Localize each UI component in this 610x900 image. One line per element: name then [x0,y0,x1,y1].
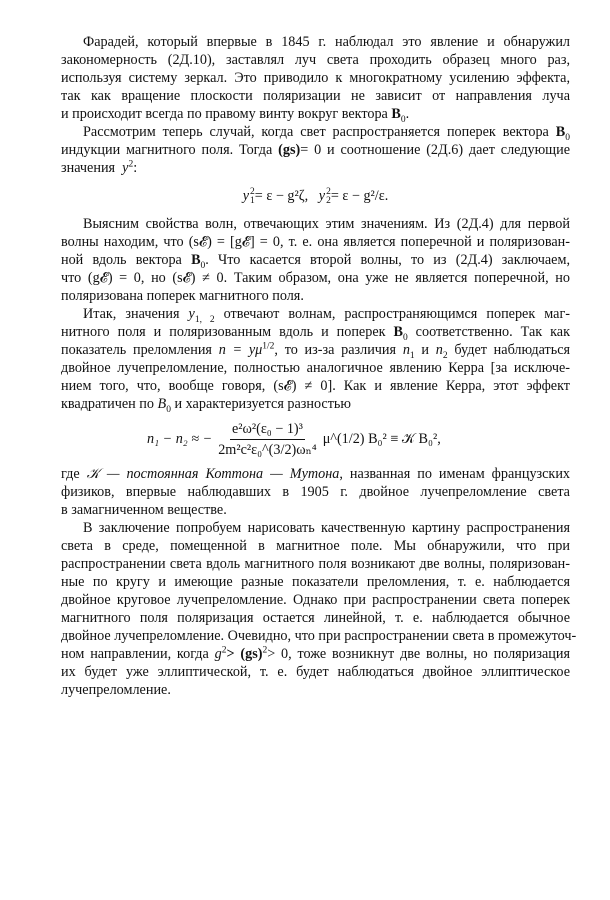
text-line: закономерность (2Д.10), заставлял луч св… [61,51,570,69]
text-line: волны находим, что (s𝓔) = [g𝓔] = 0, т. е… [61,233,570,251]
text-fragment: показатель преломления [61,342,212,358]
equation-rhs: μ^(1/2) B₀² ≡ 𝒦 B₀², [323,430,441,448]
text-fragment: ной вдоль вектора [61,252,182,268]
text-line: Итак, значения y1, 2 отвечают волнам, ра… [61,305,570,323]
math-variable: n [436,342,443,358]
text-line: нитного поля и поляризованным вдоль и по… [61,323,570,341]
math-expression: > (gs) [227,646,263,662]
text-line: показатель преломления n = yμ1/2, то из-… [61,341,570,359]
text-fragment: квадратичен по [61,396,154,412]
text-fragment: и происходит всегда по правому винту вок… [61,106,388,122]
equation-body: n₁ − n₂ ≈ − e²ω²(ε₀ − 1)³ 2m²c²ε₀^(3/2)ω… [147,417,441,461]
vector-symbol: B [393,324,402,340]
text-line: поляризована поперек магнитного поля. [61,287,570,305]
fraction: e²ω²(ε₀ − 1)³ 2m²c²ε₀^(3/2)ωₙ⁴ [216,420,319,459]
text-line: нием того, что, вообще говоря, (s𝓔) ≠ 0]… [61,377,570,395]
text-line: где 𝒦 — постоянная Коттона — Мутона, наз… [61,465,570,483]
text-fragment: > 0, тоже возникнут две волны, но поляри… [267,646,570,662]
math-expression: n = yμ [219,342,263,358]
text-line: индукции магнитного поля. Тогда (gs)= 0 … [61,141,570,159]
math-variable: g [215,646,222,662]
math-variable: B [158,396,167,412]
equation-rhs: = ε − g²ζ, [255,188,308,204]
text-fragment: значения [61,160,115,176]
text-line: их будет уже эллиптической, т. е. будет … [61,663,570,681]
text-fragment: индукции магнитного поля. Тогда [61,142,272,158]
vector-symbol: B [391,106,400,122]
page-text: Фарадей, который впервые в 1845 г. наблю… [61,33,570,699]
text-fragment: Итак, значения [83,306,179,322]
text-fragment: нитного поля и поляризованным вдоль и по… [61,324,386,340]
fraction-numerator: e²ω²(ε₀ − 1)³ [230,420,305,440]
text-fragment: , названная по именам французских [339,466,570,482]
text-fragment: . Что касается второй волны, то из (2Д.4… [205,252,570,268]
vector-symbol: B [556,124,565,140]
vector-symbol: B [191,252,200,268]
text-fragment: и [421,342,429,358]
text-line: лучепреломление. [61,681,570,699]
text-line: значения y2: [61,159,570,177]
text-line: распространении света вдоль магнитного п… [61,555,570,573]
text-line: двойное лучепреломление, полностью анало… [61,359,570,377]
book-page: Фарадей, который впервые в 1845 г. наблю… [0,0,610,900]
text-line: двойное круговое лучепреломление. Однако… [61,591,570,609]
text-line: ном направлении, когда g2> (gs)2> 0, тож… [61,645,570,663]
math-variable: y [243,188,249,204]
text-line: Выясним свойства волн, отвечающих этим з… [61,215,570,233]
text-line: так как вращение плоскости поляризации н… [61,87,570,105]
equation-cotton-mouton: n₁ − n₂ ≈ − e²ω²(ε₀ − 1)³ 2m²c²ε₀^(3/2)ω… [61,413,570,465]
math-variable: y [319,188,325,204]
text-fragment: и характеризуется разностью [175,396,351,412]
text-line: Рассмотрим теперь случай, когда свет рас… [61,123,570,141]
equation-lhs: n₁ − n₂ ≈ − [147,430,212,448]
text-fragment: : [133,160,137,176]
text-line: В заключение попробуем нарисовать качест… [61,519,570,537]
text-fragment: соответственно. Так как [416,324,570,340]
vector-expression: (gs) [278,142,300,158]
fraction-denominator: 2m²c²ε₀^(3/2)ωₙ⁴ [216,440,319,459]
text-line: и происходит всегда по правому винту вок… [61,105,570,123]
math-variable: n [403,342,410,358]
text-fragment: Рассмотрим теперь случай, когда свет рас… [83,124,549,140]
text-line: в замагниченном веществе. [61,501,570,519]
text-line: ные по кругу и имеющие разные показатели… [61,573,570,591]
text-fragment: , то из-за различия [274,342,396,358]
text-fragment: . [406,106,410,122]
text-fragment: ном направлении, когда [61,646,209,662]
text-line: магнитного поля поляризация остается лин… [61,609,570,627]
text-line: физиков, впервые наблюдавших в 1905 г. д… [61,483,570,501]
text-line: используя систему зеркал. Это приводило … [61,69,570,87]
text-line: света в среде, помещенной в магнитное по… [61,537,570,555]
text-fragment: где [61,466,80,482]
term-cotton-mouton-constant: 𝒦 — постоянная Коттона — Мутона [87,466,340,482]
text-line: ной вдоль вектора B0. Что касается второ… [61,251,570,269]
text-line: Фарадей, который впервые в 1845 г. наблю… [61,33,570,51]
text-fragment: = 0 и соотношение (2Д.6) дает следующие [300,142,570,158]
superscript: 1/2 [262,341,274,351]
text-line: квадратичен по B0 и характеризуется разн… [61,395,570,413]
text-line: двойное лучепреломление. Очевидно, что п… [61,627,570,645]
text-fragment: будет наблюдаться [454,342,570,358]
text-line: что (g𝓔) = 0, но (s𝓔) ≠ 0. Таким образом… [61,269,570,287]
text-fragment: отвечают волнам, распространяющимся попе… [224,306,570,322]
equation-rhs: = ε − g²/ε. [331,188,388,204]
equation-y-squared: y21= ε − g²ζ, y22= ε − g²/ε. [61,177,570,215]
